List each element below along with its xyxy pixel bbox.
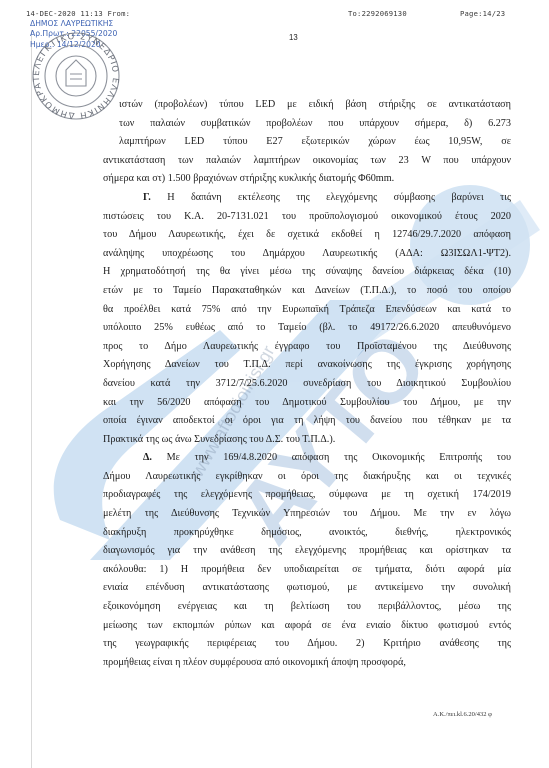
- text-line: Γ. Η δαπάνη εκτέλεσης της ελεγχόμενης σύ…: [103, 189, 511, 208]
- document-body: ιστών (προβολέων) τύπου LED με ειδική βά…: [103, 96, 511, 672]
- text-line: ανάληψης υποχρέωσης του Δημάρχου Λαυρεωτ…: [103, 245, 511, 264]
- text-line: διαγωνισμός για την ανάθεση της ελεγχόμε…: [103, 542, 511, 561]
- text-line: ακόλουθα: 1) Η προμήθεια δεν υποδιαιρείτ…: [103, 561, 511, 580]
- fax-header-recipient: To:2292069130: [348, 9, 407, 18]
- text-line: προμήθειας είναι η πλέον συμφέρουσα από …: [103, 654, 511, 673]
- text-line: μελέτη της Διεύθυνσης Τεχνικών Υπηρεσιών…: [103, 505, 511, 524]
- text-line: αντικατάσταση των παλαιών λαμπτήρων οικο…: [103, 152, 511, 171]
- text-line: μείωσης των εκπομπών ρύπων και αφορά σε …: [103, 617, 511, 636]
- page-number: 13: [289, 33, 298, 42]
- text-line: ιστών (προβολέων) τύπου LED με ειδική βά…: [103, 96, 511, 115]
- section-g-paragraph: Γ. Η δαπάνη εκτέλεσης της ελεγχόμενης σύ…: [103, 189, 511, 449]
- section-label: Γ.: [143, 192, 167, 203]
- text-line: Δήμου Λαυρεωτικής εγκρίθηκαν οι όροι της…: [103, 468, 511, 487]
- fax-header-date: 14-DEC-2020 11:13 From:: [26, 9, 130, 18]
- text-line: πιστώσεις του Κ.Α. 20-7131.021 του προϋπ…: [103, 208, 511, 227]
- intro-paragraph: ιστών (προβολέων) τύπου LED με ειδική βά…: [103, 96, 511, 189]
- text-line: της γεωγραφικής περιφέρειας του Δήμου. 2…: [103, 635, 511, 654]
- text-line: θα προέλθει κατά 75% από την Ευρωπαϊκή Τ…: [103, 301, 511, 320]
- text-line: ετών με το Ταμείο Παρακαταθηκών και Δανε…: [103, 282, 511, 301]
- text-line: ενιαία επένδυση αντικατάστασης φωτισμού,…: [103, 579, 511, 598]
- section-d-paragraph: Δ. Με την 169/4.8.2020 απόφαση της Οικον…: [103, 449, 511, 672]
- text-line: εξοικονόμηση ενέργειας και τη βελτίωση τ…: [103, 598, 511, 617]
- text-line: διακήρυξη προκηρύχθηκε δημόσιος, ανοικτό…: [103, 524, 511, 543]
- text-line: υπόλοιπο 25% ευθέως από το Ταμείο (βλ. τ…: [103, 319, 511, 338]
- text-line: προς το Δήμο Λαυρεωτικής έγγραφο του Προ…: [103, 338, 511, 357]
- footer-reference: Α.Κ./πει.kl.6.20/432 φ: [433, 711, 492, 718]
- text-line: του Δήμου Λαυρεωτικής, έχει δε σχετικά ε…: [103, 226, 511, 245]
- text-line: οποία έγιναν αποδεκτοί οι όροι για τη λή…: [103, 412, 511, 431]
- text-line: προδιαγραφές της ελεγχόμενης προμήθειας,…: [103, 486, 511, 505]
- section-label: Δ.: [143, 452, 167, 463]
- text-line: των παλαιών συμβατικών προβολέων που υπά…: [103, 115, 511, 134]
- text-line: και την 56/2020 απόφαση του Δημοτικού Συ…: [103, 394, 511, 413]
- fax-header-page: Page:14/23: [460, 9, 505, 18]
- scan-margin-line: [31, 30, 32, 768]
- text-line: δανείου κατά την 3712/7/25.6.2020 συνεδρ…: [103, 375, 511, 394]
- text-line: λαμπτήρων LED τύπου Ε27 εξωτερικών χώρων…: [103, 133, 511, 152]
- text-line: Πρακτικά της ως άνω Συνεδρίασης του Δ.Σ.…: [103, 431, 511, 450]
- text-line: Χορήγησης Δανείων του Τ.Π.Δ. περί ανακοί…: [103, 356, 511, 375]
- registration-municipality: ΔΗΜΟΣ ΛΑΥΡΕΩΤΙΚΗΣ: [30, 19, 117, 29]
- text-line: Η χρηματοδότησή της θα γίνει μέσω της σύ…: [103, 263, 511, 282]
- text-line: σήμερα και στ) 1.500 βραχιόνων στήριξης …: [103, 170, 511, 189]
- text-line: Δ. Με την 169/4.8.2020 απόφαση της Οικον…: [103, 449, 511, 468]
